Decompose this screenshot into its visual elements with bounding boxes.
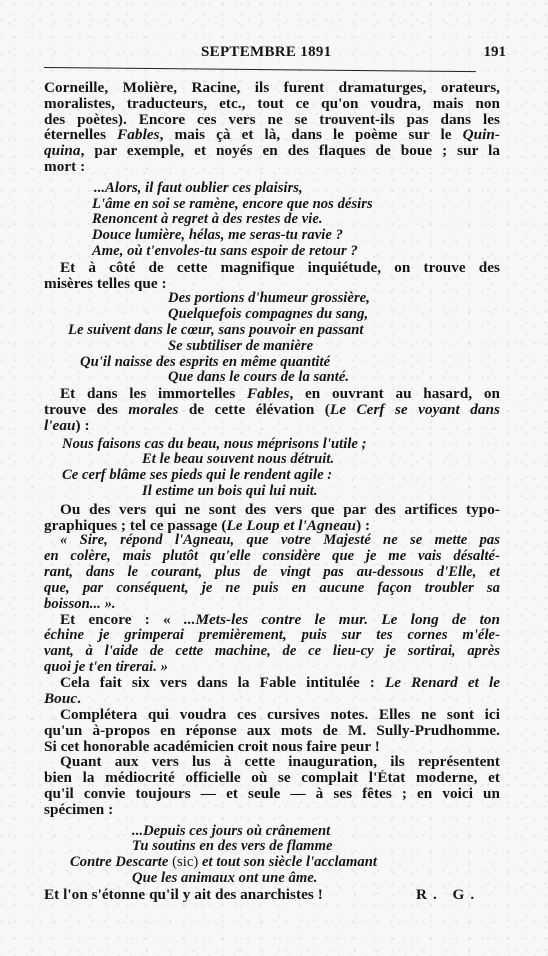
verse-line: Il estime un bois qui lui nuit. xyxy=(62,484,500,500)
text-line: Complétera qui voudra ces cursives notes… xyxy=(44,707,500,723)
text-line: graphiques ; tel ce passage (Le Loup et … xyxy=(44,518,500,534)
text-span: graphiques ; tel ce passage ( xyxy=(44,517,226,534)
verse-line: Douce lumière, hélas, me seras-tu ravie … xyxy=(92,228,500,244)
text-line: trouve des morales de cette élévation (L… xyxy=(44,402,500,418)
closing-line: Et l'on s'étonne qu'il y ait des anarchi… xyxy=(44,887,500,903)
italic-title: Bouc xyxy=(44,690,77,707)
italic-title: Le Cerf se voyant dans xyxy=(330,402,500,418)
text-line: misères telles que : xyxy=(44,276,500,292)
quote-line: boisson... ». xyxy=(44,597,500,613)
verse-block: ...Alors, il faut oublier ces plaisirs, … xyxy=(44,181,500,260)
quote-line: en colère, mais plutôt qu'elle considère… xyxy=(44,549,500,565)
verse-block: Nous faisons cas du beau, nous méprisons… xyxy=(44,437,500,500)
quote-line: vant, à l'aide de cette machine, de ce l… xyxy=(44,644,500,660)
text-span: ) : xyxy=(356,517,370,534)
author-signature: R. G. xyxy=(416,887,480,903)
verse-line: L'âme en soi se ramène, encore que nos d… xyxy=(92,197,500,213)
verse-line: Qu'il naisse des esprits en même quantit… xyxy=(68,355,500,371)
text-line: Ou des vers qui ne sont des vers que par… xyxy=(44,502,500,518)
sic-note: (sic) xyxy=(168,854,202,870)
italic-quote: ...Mets-les contre le mur. Le long de to… xyxy=(184,612,500,628)
text-span: de cette élévation ( xyxy=(178,402,329,418)
text-line: l'eau) : xyxy=(44,418,500,434)
italic-title: Quin- xyxy=(463,127,500,143)
running-title: SEPTEMBRE 1891 xyxy=(201,44,331,61)
text-span: . xyxy=(77,690,81,707)
text-span: trouve des xyxy=(44,402,128,418)
text-line: quina, par exemple, et noyés en des flaq… xyxy=(44,143,500,159)
verse-line: Se subtiliser de manière xyxy=(68,339,500,355)
italic-title: Fables xyxy=(117,127,160,143)
verse-line: Et le beau souvent nous détruit. xyxy=(62,452,500,468)
text-line: spécimen : xyxy=(44,802,500,818)
verse-line: Ce cerf blâme ses pieds qui le rendent a… xyxy=(62,468,500,484)
text-line: qu'il convie toujours — et seule — à ses… xyxy=(44,786,500,802)
italic-title: Le Loup et l'Agneau xyxy=(226,517,356,534)
text-span: Contre Descarte xyxy=(70,854,168,870)
verse-block: ...Depuis ces jours où crânement Tu sout… xyxy=(44,824,500,887)
verse-line: Que dans le cours de la santé. xyxy=(68,370,500,386)
verse-line: Renoncent à regret à des restes de vie. xyxy=(92,212,500,228)
quote-line: que, par conséquent, je ne puis en aucun… xyxy=(44,581,500,597)
text-line: moralistes, traducteurs, etc., tout ce q… xyxy=(44,96,500,112)
quote-line: échine je grimperai premièrement, puis s… xyxy=(44,628,500,644)
verse-line: ...Alors, il faut oublier ces plaisirs, xyxy=(92,181,500,197)
verse-line: Quelquefois compagnes du sang, xyxy=(68,307,500,323)
text-line: mort : xyxy=(44,159,500,175)
text-line: Quant aux vers lus à cette inauguration,… xyxy=(44,754,500,770)
verse-line: Tu soutins en des vers de flamme xyxy=(70,839,500,855)
italic-title: Fables xyxy=(247,386,290,402)
closing-text: Et l'on s'étonne qu'il y ait des anarchi… xyxy=(44,886,323,903)
text-line: Corneille, Molière, Racine, ils furent d… xyxy=(44,80,500,96)
text-span: Et dans les immortelles xyxy=(60,386,247,402)
italic-word: morales xyxy=(128,402,178,418)
text-line: des poètes). Encore ces vers ne se trouv… xyxy=(44,112,500,128)
italic-title: l'eau xyxy=(44,417,75,434)
text-span: , en ouvrant au hasard, on xyxy=(289,386,500,402)
text-span: Et encore : « xyxy=(60,612,184,628)
text-span: Cela fait six vers dans la Fable intitul… xyxy=(60,675,385,691)
header-rule xyxy=(44,67,476,72)
text-line: Cela fait six vers dans la Fable intitul… xyxy=(44,675,500,691)
text-span: et tout son siècle l'acclamant xyxy=(202,854,377,870)
text-line: éternelles Fables, mais çà et là, dans l… xyxy=(44,127,500,143)
quote-line: « Sire, répond l'Agneau, que votre Majes… xyxy=(44,533,500,549)
verse-line: Nous faisons cas du beau, nous méprisons… xyxy=(62,437,500,453)
verse-line: ...Depuis ces jours où crânement xyxy=(70,824,500,840)
text-span: éternelles xyxy=(44,127,117,143)
verse-block: Des portions d'humeur grossière, Quelque… xyxy=(44,291,500,386)
text-line: bien la médiocrité officielle où se comp… xyxy=(44,770,500,786)
page-header: SEPTEMBRE 1891 191 xyxy=(44,44,476,66)
text-line: Si cet honorable académicien croit nous … xyxy=(44,739,500,755)
text-line: Et à côté de cette magnifique inquiétude… xyxy=(44,260,500,276)
text-span: , mais çà et là, dans le poème sur le xyxy=(160,127,463,143)
verse-line: Ame, où t'envoles-tu sans espoir de reto… xyxy=(92,244,500,260)
italic-title: quina xyxy=(44,143,81,159)
text-line: Bouc. xyxy=(44,691,500,707)
quote-line: quoi je t'en tirerai. » xyxy=(44,660,500,676)
text-line: qu'un à-propos en réponse aux mots de M.… xyxy=(44,723,500,739)
quote-line: rant, dans le courant, plus de vingt pas… xyxy=(44,565,500,581)
italic-title: Le Renard et le xyxy=(385,675,500,691)
article-body: Corneille, Molière, Racine, ils furent d… xyxy=(44,80,500,903)
text-span: , par exemple, et noyés en des flaques d… xyxy=(81,143,500,159)
text-line: Et dans les immortelles Fables, en ouvra… xyxy=(44,386,500,402)
verse-line: Contre Descarte (sic) et tout son siècle… xyxy=(70,855,500,871)
page-number: 191 xyxy=(484,44,507,61)
text-line: Et encore : « ...Mets-les contre le mur.… xyxy=(44,612,500,628)
verse-line: Des portions d'humeur grossière, xyxy=(68,291,500,307)
text-span: ) : xyxy=(75,417,89,434)
verse-line: Le suivent dans le cœur, sans pouvoir en… xyxy=(68,323,500,339)
scanned-page: SEPTEMBRE 1891 191 Corneille, Molière, R… xyxy=(0,0,548,956)
verse-line: Que les animaux ont une âme. xyxy=(70,871,500,887)
